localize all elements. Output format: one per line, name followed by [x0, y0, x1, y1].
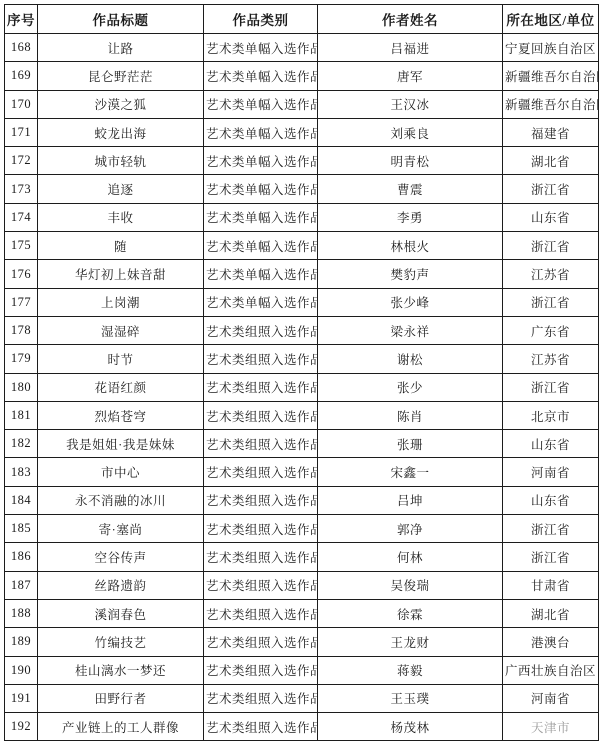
cell-title: 田野行者: [38, 684, 204, 712]
cell-region: 广东省: [503, 316, 599, 344]
cell-title: 华灯初上妹音甜: [38, 260, 204, 288]
cell-region: 浙江省: [503, 175, 599, 203]
cell-author: 唐军: [318, 62, 503, 90]
cell-serial: 187: [5, 571, 38, 599]
works-table: 序号 作品标题 作品类别 作者姓名 所在地区/单位 168让路艺术类单幅入选作品…: [4, 4, 599, 741]
cell-author: 张少峰: [318, 288, 503, 316]
cell-title: 城市轻轨: [38, 147, 204, 175]
cell-author: 梁永祥: [318, 316, 503, 344]
cell-title: 随: [38, 232, 204, 260]
cell-author: 林根火: [318, 232, 503, 260]
cell-serial: 186: [5, 543, 38, 571]
cell-title: 溪润春色: [38, 599, 204, 627]
cell-author: 刘乘良: [318, 118, 503, 146]
cell-title: 产业链上的工人群像: [38, 713, 204, 741]
table-row: 179时节艺术类组照入选作品谢松江苏省: [5, 345, 599, 373]
cell-serial: 171: [5, 118, 38, 146]
cell-title: 时节: [38, 345, 204, 373]
cell-title: 花语红颜: [38, 373, 204, 401]
cell-region: 新疆维吾尔自治区: [503, 62, 599, 90]
table-row: 176华灯初上妹音甜艺术类单幅入选作品樊豹声江苏省: [5, 260, 599, 288]
cell-title: 竹编技艺: [38, 628, 204, 656]
cell-region: 新疆维吾尔自治区: [503, 90, 599, 118]
table-row: 171蛟龙出海艺术类单幅入选作品刘乘良福建省: [5, 118, 599, 146]
cell-title: 丰收: [38, 203, 204, 231]
cell-author: 谢松: [318, 345, 503, 373]
cell-title: 市中心: [38, 458, 204, 486]
cell-author: 张少: [318, 373, 503, 401]
cell-category: 艺术类组照入选作品: [204, 571, 318, 599]
cell-author: 王玉璞: [318, 684, 503, 712]
cell-region: 浙江省: [503, 288, 599, 316]
cell-serial: 190: [5, 656, 38, 684]
cell-title: 追逐: [38, 175, 204, 203]
cell-title: 让路: [38, 34, 204, 62]
cell-author: 樊豹声: [318, 260, 503, 288]
cell-serial: 168: [5, 34, 38, 62]
table-row: 174丰收艺术类单幅入选作品李勇山东省: [5, 203, 599, 231]
cell-title: 寄·塞尚: [38, 515, 204, 543]
table-row: 172城市轻轨艺术类单幅入选作品明青松湖北省: [5, 147, 599, 175]
cell-region: 浙江省: [503, 515, 599, 543]
cell-category: 艺术类单幅入选作品: [204, 34, 318, 62]
cell-title: 丝路遗韵: [38, 571, 204, 599]
cell-serial: 185: [5, 515, 38, 543]
cell-author: 陈肖: [318, 401, 503, 429]
table-row: 188溪润春色艺术类组照入选作品徐霖湖北省: [5, 599, 599, 627]
cell-serial: 192: [5, 713, 38, 741]
cell-category: 艺术类单幅入选作品: [204, 203, 318, 231]
cell-author: 何林: [318, 543, 503, 571]
cell-title: 上岗潮: [38, 288, 204, 316]
cell-author: 曹震: [318, 175, 503, 203]
cell-category: 艺术类单幅入选作品: [204, 175, 318, 203]
cell-region: 北京市: [503, 401, 599, 429]
header-region: 所在地区/单位: [503, 5, 599, 34]
cell-author: 杨茂林: [318, 713, 503, 741]
cell-title: 湿湿碎: [38, 316, 204, 344]
cell-category: 艺术类组照入选作品: [204, 543, 318, 571]
cell-region: 湖北省: [503, 147, 599, 175]
cell-author: 宋鑫一: [318, 458, 503, 486]
cell-author: 郭净: [318, 515, 503, 543]
cell-region: 河南省: [503, 458, 599, 486]
cell-title: 我是姐姐·我是妹妹: [38, 430, 204, 458]
cell-category: 艺术类组照入选作品: [204, 599, 318, 627]
cell-serial: 182: [5, 430, 38, 458]
header-serial: 序号: [5, 5, 38, 34]
cell-region: 浙江省: [503, 543, 599, 571]
cell-title: 沙漠之狐: [38, 90, 204, 118]
cell-region: 江苏省: [503, 260, 599, 288]
cell-serial: 181: [5, 401, 38, 429]
cell-region: 福建省: [503, 118, 599, 146]
table-row: 175随艺术类单幅入选作品林根火浙江省: [5, 232, 599, 260]
cell-serial: 174: [5, 203, 38, 231]
cell-serial: 183: [5, 458, 38, 486]
header-category: 作品类别: [204, 5, 318, 34]
cell-region: 山东省: [503, 203, 599, 231]
table-row: 187丝路遗韵艺术类组照入选作品吴俊瑞甘肃省: [5, 571, 599, 599]
cell-serial: 173: [5, 175, 38, 203]
cell-region: 湖北省: [503, 599, 599, 627]
cell-region: 宁夏回族自治区: [503, 34, 599, 62]
cell-category: 艺术类单幅入选作品: [204, 260, 318, 288]
cell-author: 吴俊瑞: [318, 571, 503, 599]
cell-category: 艺术类组照入选作品: [204, 486, 318, 514]
cell-author: 吕福进: [318, 34, 503, 62]
cell-category: 艺术类组照入选作品: [204, 515, 318, 543]
cell-category: 艺术类组照入选作品: [204, 373, 318, 401]
table-row: 190桂山漓水一梦还艺术类组照入选作品蒋毅广西壮族自治区: [5, 656, 599, 684]
cell-serial: 191: [5, 684, 38, 712]
cell-category: 艺术类组照入选作品: [204, 458, 318, 486]
table-row: 186空谷传声艺术类组照入选作品何林浙江省: [5, 543, 599, 571]
cell-region: 天津市: [503, 713, 599, 741]
cell-region: 江苏省: [503, 345, 599, 373]
cell-serial: 169: [5, 62, 38, 90]
cell-serial: 188: [5, 599, 38, 627]
cell-author: 吕坤: [318, 486, 503, 514]
cell-title: 昆仑野茫茫: [38, 62, 204, 90]
works-list-page: 序号 作品标题 作品类别 作者姓名 所在地区/单位 168让路艺术类单幅入选作品…: [0, 0, 602, 743]
cell-category: 艺术类单幅入选作品: [204, 118, 318, 146]
cell-author: 王汉冰: [318, 90, 503, 118]
cell-category: 艺术类组照入选作品: [204, 401, 318, 429]
header-title: 作品标题: [38, 5, 204, 34]
cell-category: 艺术类单幅入选作品: [204, 232, 318, 260]
cell-serial: 184: [5, 486, 38, 514]
cell-serial: 175: [5, 232, 38, 260]
cell-category: 艺术类组照入选作品: [204, 345, 318, 373]
table-row: 182我是姐姐·我是妹妹艺术类组照入选作品张珊山东省: [5, 430, 599, 458]
cell-author: 徐霖: [318, 599, 503, 627]
cell-serial: 172: [5, 147, 38, 175]
cell-region: 浙江省: [503, 232, 599, 260]
cell-category: 艺术类组照入选作品: [204, 628, 318, 656]
header-author: 作者姓名: [318, 5, 503, 34]
cell-author: 张珊: [318, 430, 503, 458]
table-row: 169昆仑野茫茫艺术类单幅入选作品唐军新疆维吾尔自治区: [5, 62, 599, 90]
table-row: 180花语红颜艺术类组照入选作品张少浙江省: [5, 373, 599, 401]
cell-category: 艺术类组照入选作品: [204, 430, 318, 458]
cell-serial: 178: [5, 316, 38, 344]
cell-region: 浙江省: [503, 373, 599, 401]
cell-category: 艺术类组照入选作品: [204, 684, 318, 712]
cell-title: 烈焰苍穹: [38, 401, 204, 429]
cell-category: 艺术类组照入选作品: [204, 316, 318, 344]
cell-serial: 170: [5, 90, 38, 118]
cell-author: 李勇: [318, 203, 503, 231]
cell-title: 永不消融的冰川: [38, 486, 204, 514]
cell-author: 王龙财: [318, 628, 503, 656]
cell-category: 艺术类单幅入选作品: [204, 147, 318, 175]
cell-title: 桂山漓水一梦还: [38, 656, 204, 684]
cell-category: 艺术类单幅入选作品: [204, 288, 318, 316]
cell-author: 蒋毅: [318, 656, 503, 684]
table-row: 183市中心艺术类组照入选作品宋鑫一河南省: [5, 458, 599, 486]
cell-region: 甘肃省: [503, 571, 599, 599]
table-row: 184永不消融的冰川艺术类组照入选作品吕坤山东省: [5, 486, 599, 514]
cell-category: 艺术类单幅入选作品: [204, 90, 318, 118]
cell-serial: 189: [5, 628, 38, 656]
table-row: 191田野行者艺术类组照入选作品王玉璞河南省: [5, 684, 599, 712]
table-row: 173追逐艺术类单幅入选作品曹震浙江省: [5, 175, 599, 203]
cell-category: 艺术类组照入选作品: [204, 713, 318, 741]
table-row: 177上岗潮艺术类单幅入选作品张少峰浙江省: [5, 288, 599, 316]
cell-region: 河南省: [503, 684, 599, 712]
table-row: 170沙漠之狐艺术类单幅入选作品王汉冰新疆维吾尔自治区: [5, 90, 599, 118]
cell-category: 艺术类组照入选作品: [204, 656, 318, 684]
table-row: 185寄·塞尚艺术类组照入选作品郭净浙江省: [5, 515, 599, 543]
cell-serial: 177: [5, 288, 38, 316]
cell-serial: 180: [5, 373, 38, 401]
cell-title: 空谷传声: [38, 543, 204, 571]
table-row: 178湿湿碎艺术类组照入选作品梁永祥广东省: [5, 316, 599, 344]
cell-region: 山东省: [503, 486, 599, 514]
cell-title: 蛟龙出海: [38, 118, 204, 146]
table-row: 189竹编技艺艺术类组照入选作品王龙财港澳台: [5, 628, 599, 656]
cell-serial: 179: [5, 345, 38, 373]
cell-region: 港澳台: [503, 628, 599, 656]
cell-category: 艺术类单幅入选作品: [204, 62, 318, 90]
table-row: 192产业链上的工人群像艺术类组照入选作品杨茂林天津市: [5, 713, 599, 741]
header-row: 序号 作品标题 作品类别 作者姓名 所在地区/单位: [5, 5, 599, 34]
cell-author: 明青松: [318, 147, 503, 175]
table-row: 168让路艺术类单幅入选作品吕福进宁夏回族自治区: [5, 34, 599, 62]
cell-region: 山东省: [503, 430, 599, 458]
cell-serial: 176: [5, 260, 38, 288]
table-row: 181烈焰苍穹艺术类组照入选作品陈肖北京市: [5, 401, 599, 429]
cell-region: 广西壮族自治区: [503, 656, 599, 684]
